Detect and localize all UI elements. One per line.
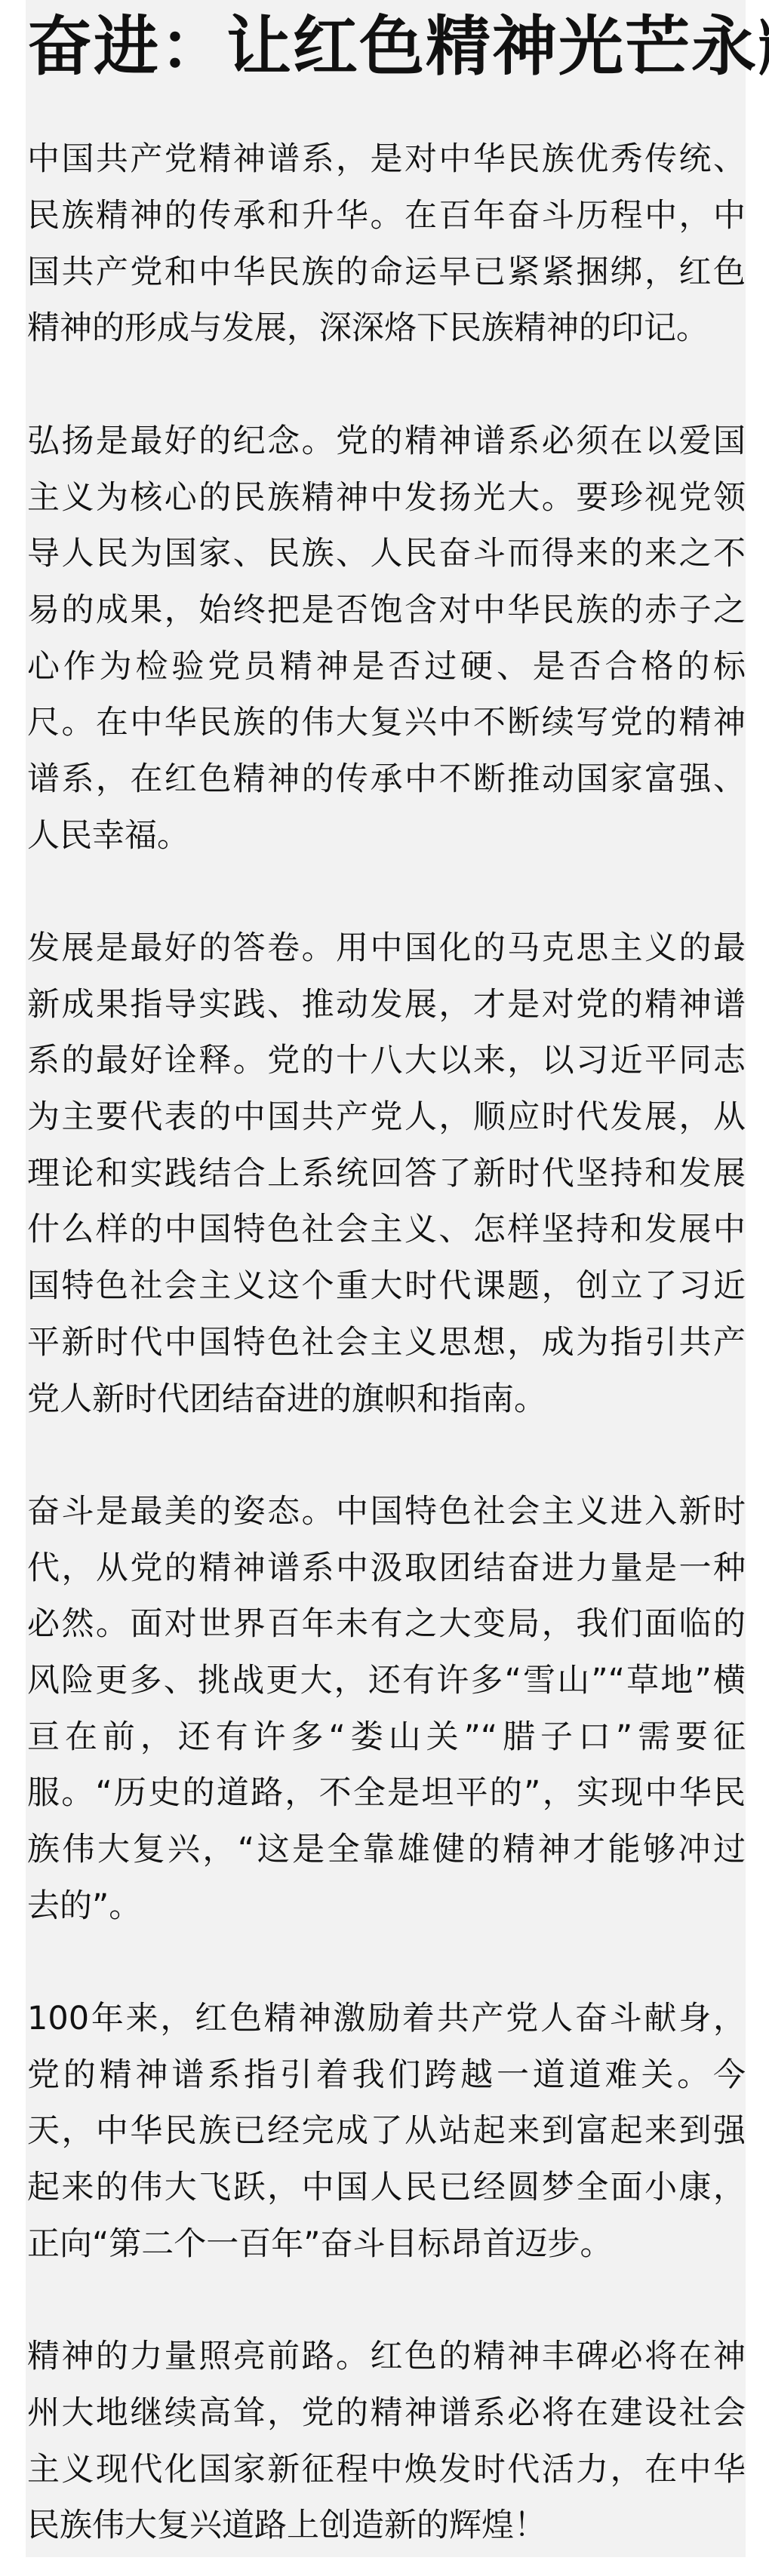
paragraph-line: 风险更多、挑战更大，还有许多“雪山”“草地”横 [27,1653,746,1709]
paragraph-line: 平新时代中国特色社会主义思想，成为指引共产 [27,1315,746,1371]
article-title: 奋进：让红色精神光芒永耀 [27,19,746,75]
paragraph-line: 谱系，在红色精神的传承中不断推动国家富强、 [27,751,746,808]
paragraph-line: 服。“历史的道路，不全是坦平的”，实现中华民 [27,1765,746,1822]
paragraph-3: 发展是最好的答卷。用中国化的马克思主义的最 新成果指导实践、推动发展，才是对党的… [27,920,746,1427]
paragraph-line: 主义为核心的民族精神中发扬光大。要珍视党领 [27,470,746,527]
paragraph-line: 精神的形成与发展，深深烙下民族精神的印记。 [27,300,746,357]
paragraph-2: 弘扬是最好的纪念。党的精神谱系必须在以爱国 主义为核心的民族精神中发扬光大。要珍… [27,413,746,864]
paragraph-line: 导人民为国家、民族、人民奋斗而得来的来之不 [27,526,746,582]
paragraph-line: 易的成果，始终把是否饱含对中华民族的赤子之 [27,582,746,639]
paragraph-5: 100年来，红色精神激励着共产党人奋斗献身， 党的精神谱系指引着我们跨越一道道难… [27,1991,746,2272]
paragraph-line: 发展是最好的答卷。用中国化的马克思主义的最 [27,920,746,977]
paragraph-line: 中国共产党精神谱系，是对中华民族优秀传统、 [27,131,746,188]
paragraph-line: 必然。面对世界百年未有之大变局，我们面临的 [27,1596,746,1653]
paragraph-line: 国共产党和中华民族的命运早已紧紧捆绑，红色 [27,244,746,301]
paragraph-line: 去的”。 [27,1878,746,1935]
article-body: 奋进：让红色精神光芒永耀 中国共产党精神谱系，是对中华民族优秀传统、 民族精神的… [27,19,746,2554]
paragraph-line: 民族精神的传承和升华。在百年奋斗历程中，中 [27,188,746,244]
paragraph-line: 奋斗是最美的姿态。中国特色社会主义进入新时 [27,1484,746,1540]
paragraph-line: 为主要代表的中国共产党人，顺应时代发展，从 [27,1089,746,1146]
paragraph-line: 起来的伟大飞跃，中国人民已经圆梦全面小康， [27,2160,746,2216]
paragraph-line: 新成果指导实践、推动发展，才是对党的精神谱 [27,977,746,1033]
paragraph-4: 奋斗是最美的姿态。中国特色社会主义进入新时 代，从党的精神谱系中汲取团结奋进力量… [27,1484,746,1935]
paragraph-line: 亘在前，还有许多“娄山关”“腊子口”需要征 [27,1709,746,1766]
paragraph-line: 心作为检验党员精神是否过硬、是否合格的标 [27,639,746,695]
paragraph-line: 系的最好诠释。党的十八大以来，以习近平同志 [27,1033,746,1089]
paragraph-line: 100年来，红色精神激励着共产党人奋斗献身， [27,1991,746,2047]
paragraph-1: 中国共产党精神谱系，是对中华民族优秀传统、 民族精神的传承和升华。在百年奋斗历程… [27,131,746,357]
paragraph-line: 弘扬是最好的纪念。党的精神谱系必须在以爱国 [27,413,746,470]
paragraph-line: 理论和实践结合上系统回答了新时代坚持和发展 [27,1146,746,1202]
paragraph-line: 代，从党的精神谱系中汲取团结奋进力量是一种 [27,1540,746,1597]
paragraph-line: 精神的力量照亮前路。红色的精神丰碑必将在神 [27,2329,746,2385]
paragraph-line: 党人新时代团结奋进的旗帜和指南。 [27,1371,746,1428]
paragraph-line: 族伟大复兴，“这是全靠雄健的精神才能够冲过 [27,1822,746,1878]
paragraph-line: 党的精神谱系指引着我们跨越一道道难关。今 [27,2047,746,2104]
paragraph-line: 人民幸福。 [27,808,746,864]
paragraph-line: 州大地继续高耸，党的精神谱系必将在建设社会 [27,2385,746,2442]
paragraph-line: 主义现代化国家新征程中焕发时代活力，在中华 [27,2442,746,2498]
paragraph-line: 民族伟大复兴道路上创造新的辉煌！ [27,2498,746,2554]
paragraph-line: 天，中华民族已经完成了从站起来到富起来到强 [27,2103,746,2160]
paragraph-6: 精神的力量照亮前路。红色的精神丰碑必将在神 州大地继续高耸，党的精神谱系必将在建… [27,2329,746,2554]
paragraph-line: 尺。在中华民族的伟大复兴中不断续写党的精神 [27,695,746,751]
paragraph-line: 国特色社会主义这个重大时代课题，创立了习近 [27,1258,746,1315]
paragraph-line: 正向“第二个一百年”奋斗目标昂首迈步。 [27,2216,746,2273]
paragraph-line: 什么样的中国特色社会主义、怎样坚持和发展中 [27,1202,746,1258]
